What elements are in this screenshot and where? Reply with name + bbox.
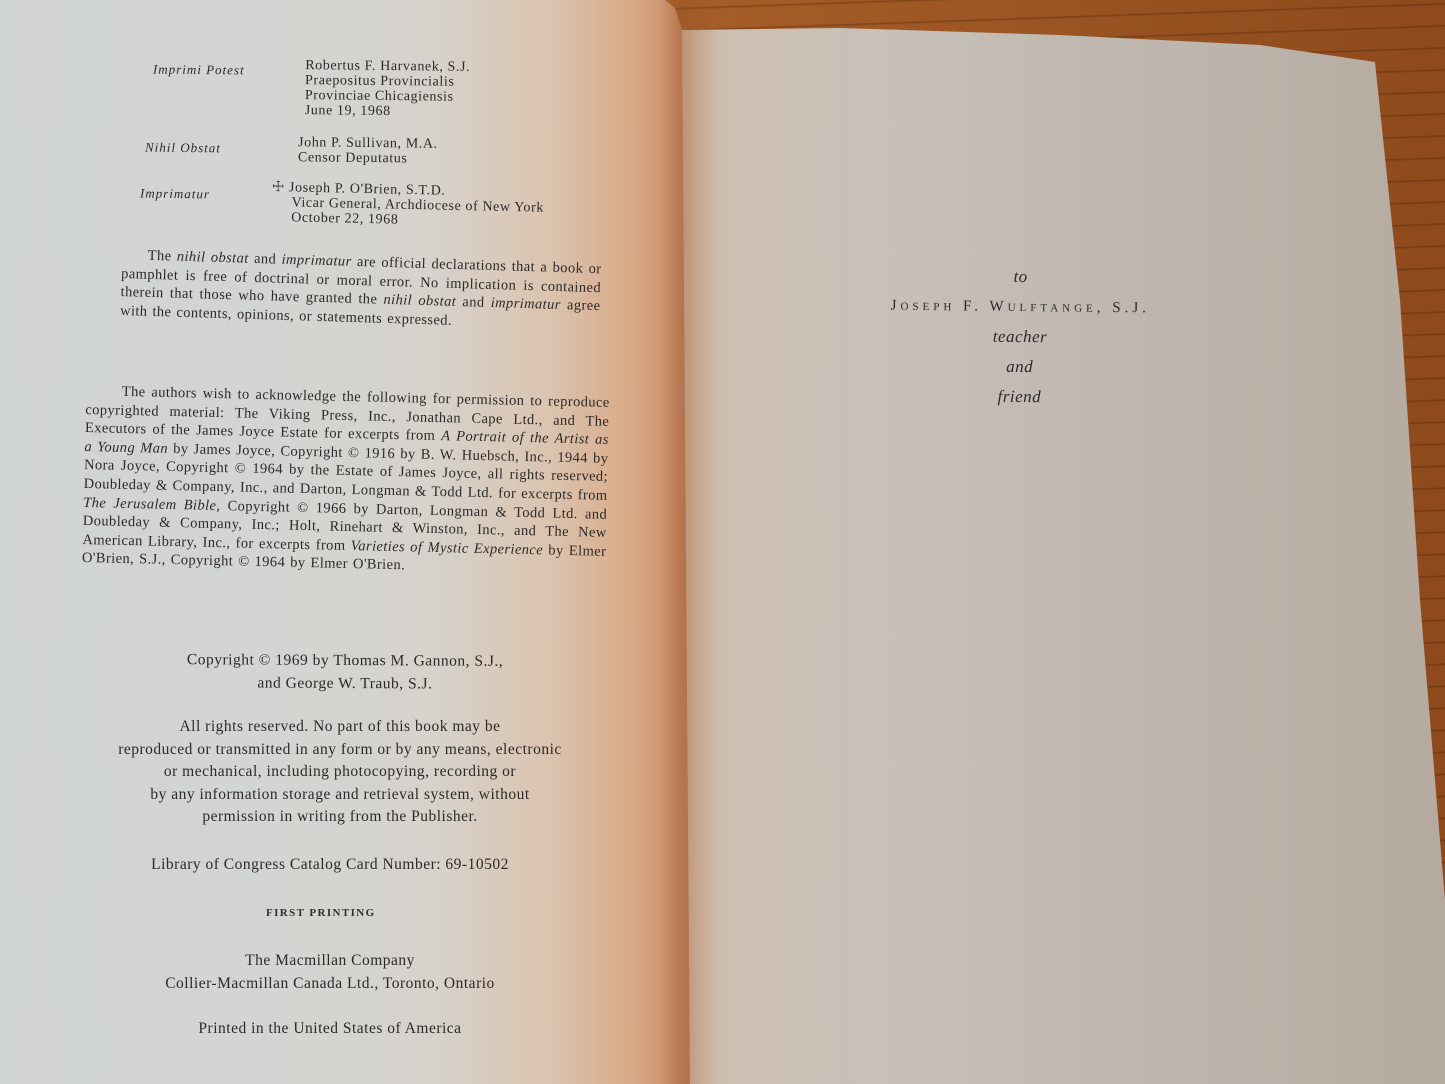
approval-line: Censor Deputatus	[298, 150, 438, 166]
catalog-line: Library of Congress Catalog Card Number:…	[100, 854, 560, 877]
approval-line: June 19, 1968	[305, 103, 470, 120]
italic-text: nihil obstat	[177, 249, 249, 267]
rights-reserved-notice: All rights reserved. No part of this boo…	[70, 716, 610, 829]
printed-in-line: Printed in the United States of America	[100, 1018, 560, 1041]
nihil-obstat-note: The nihil obstat and imprimatur are offi…	[120, 246, 602, 335]
approval-lines: ☩Joseph P. O'Brien, S.T.D. Vicar General…	[271, 180, 544, 231]
right-page	[640, 0, 1445, 1084]
rights-line: permission in writing from the Publisher…	[70, 806, 610, 829]
acknowledgment-paragraph: The authors wish to acknowledge the foll…	[82, 382, 610, 580]
italic-text: The Jerusalem Bible,	[83, 495, 220, 514]
rights-line: All rights reserved. No part of this boo…	[70, 716, 610, 739]
text: The	[147, 248, 177, 265]
approval-line: Praepositus Provincialis	[305, 73, 470, 90]
publisher-line: Collier-Macmillan Canada Ltd., Toronto, …	[100, 973, 560, 996]
approval-line: Provinciae Chicagiensis	[305, 88, 470, 105]
dedication-role: and	[830, 350, 1210, 384]
dedication-role: teacher	[830, 320, 1210, 354]
italic-text: imprimatur	[281, 252, 352, 270]
approval-label: Nihil Obstat	[145, 140, 221, 157]
rights-line: or mechanical, including photocopying, r…	[70, 761, 610, 784]
dedicatee-name: Joseph F. Wulftange, S.J.	[830, 290, 1210, 324]
copyright-line: and George W. Traub, S.J.	[110, 671, 580, 696]
catalog-card-number: Library of Congress Catalog Card Number:…	[100, 854, 560, 877]
dedication-to: to	[830, 260, 1210, 294]
rights-line: reproduced or transmitted in any form or…	[70, 739, 610, 762]
printed-in-notice: Printed in the United States of America	[100, 1018, 560, 1041]
italic-text: Varieties of Mystic Experience	[351, 538, 544, 558]
text: and	[456, 294, 491, 311]
approval-lines: John P. Sullivan, M.A. Censor Deputatus	[298, 135, 438, 166]
first-printing-label: FIRST PRINTING	[266, 907, 376, 919]
approval-lines: Robertus F. Harvanek, S.J. Praepositus P…	[305, 58, 471, 120]
italic-text: nihil obstat	[383, 292, 456, 310]
italic-text: imprimatur	[491, 295, 562, 313]
approval-line: Robertus F. Harvanek, S.J.	[305, 58, 470, 75]
copyright-notice: Copyright © 1969 by Thomas M. Gannon, S.…	[110, 649, 580, 696]
approval-label: Imprimi Potest	[153, 62, 245, 79]
text: and	[248, 251, 281, 268]
copyright-line: Copyright © 1969 by Thomas M. Gannon, S.…	[110, 649, 580, 674]
rights-line: by any information storage and retrieval…	[70, 784, 610, 807]
publisher-info: The Macmillan Company Collier-Macmillan …	[100, 950, 560, 995]
approval-line: John P. Sullivan, M.A.	[298, 135, 438, 151]
publisher-line: The Macmillan Company	[100, 950, 560, 973]
approval-label: Imprimatur	[140, 186, 210, 203]
dedication-role: friend	[829, 380, 1209, 414]
cross-icon: ☩	[272, 180, 285, 195]
dedication: to Joseph F. Wulftange, S.J. teacher and…	[829, 260, 1211, 414]
